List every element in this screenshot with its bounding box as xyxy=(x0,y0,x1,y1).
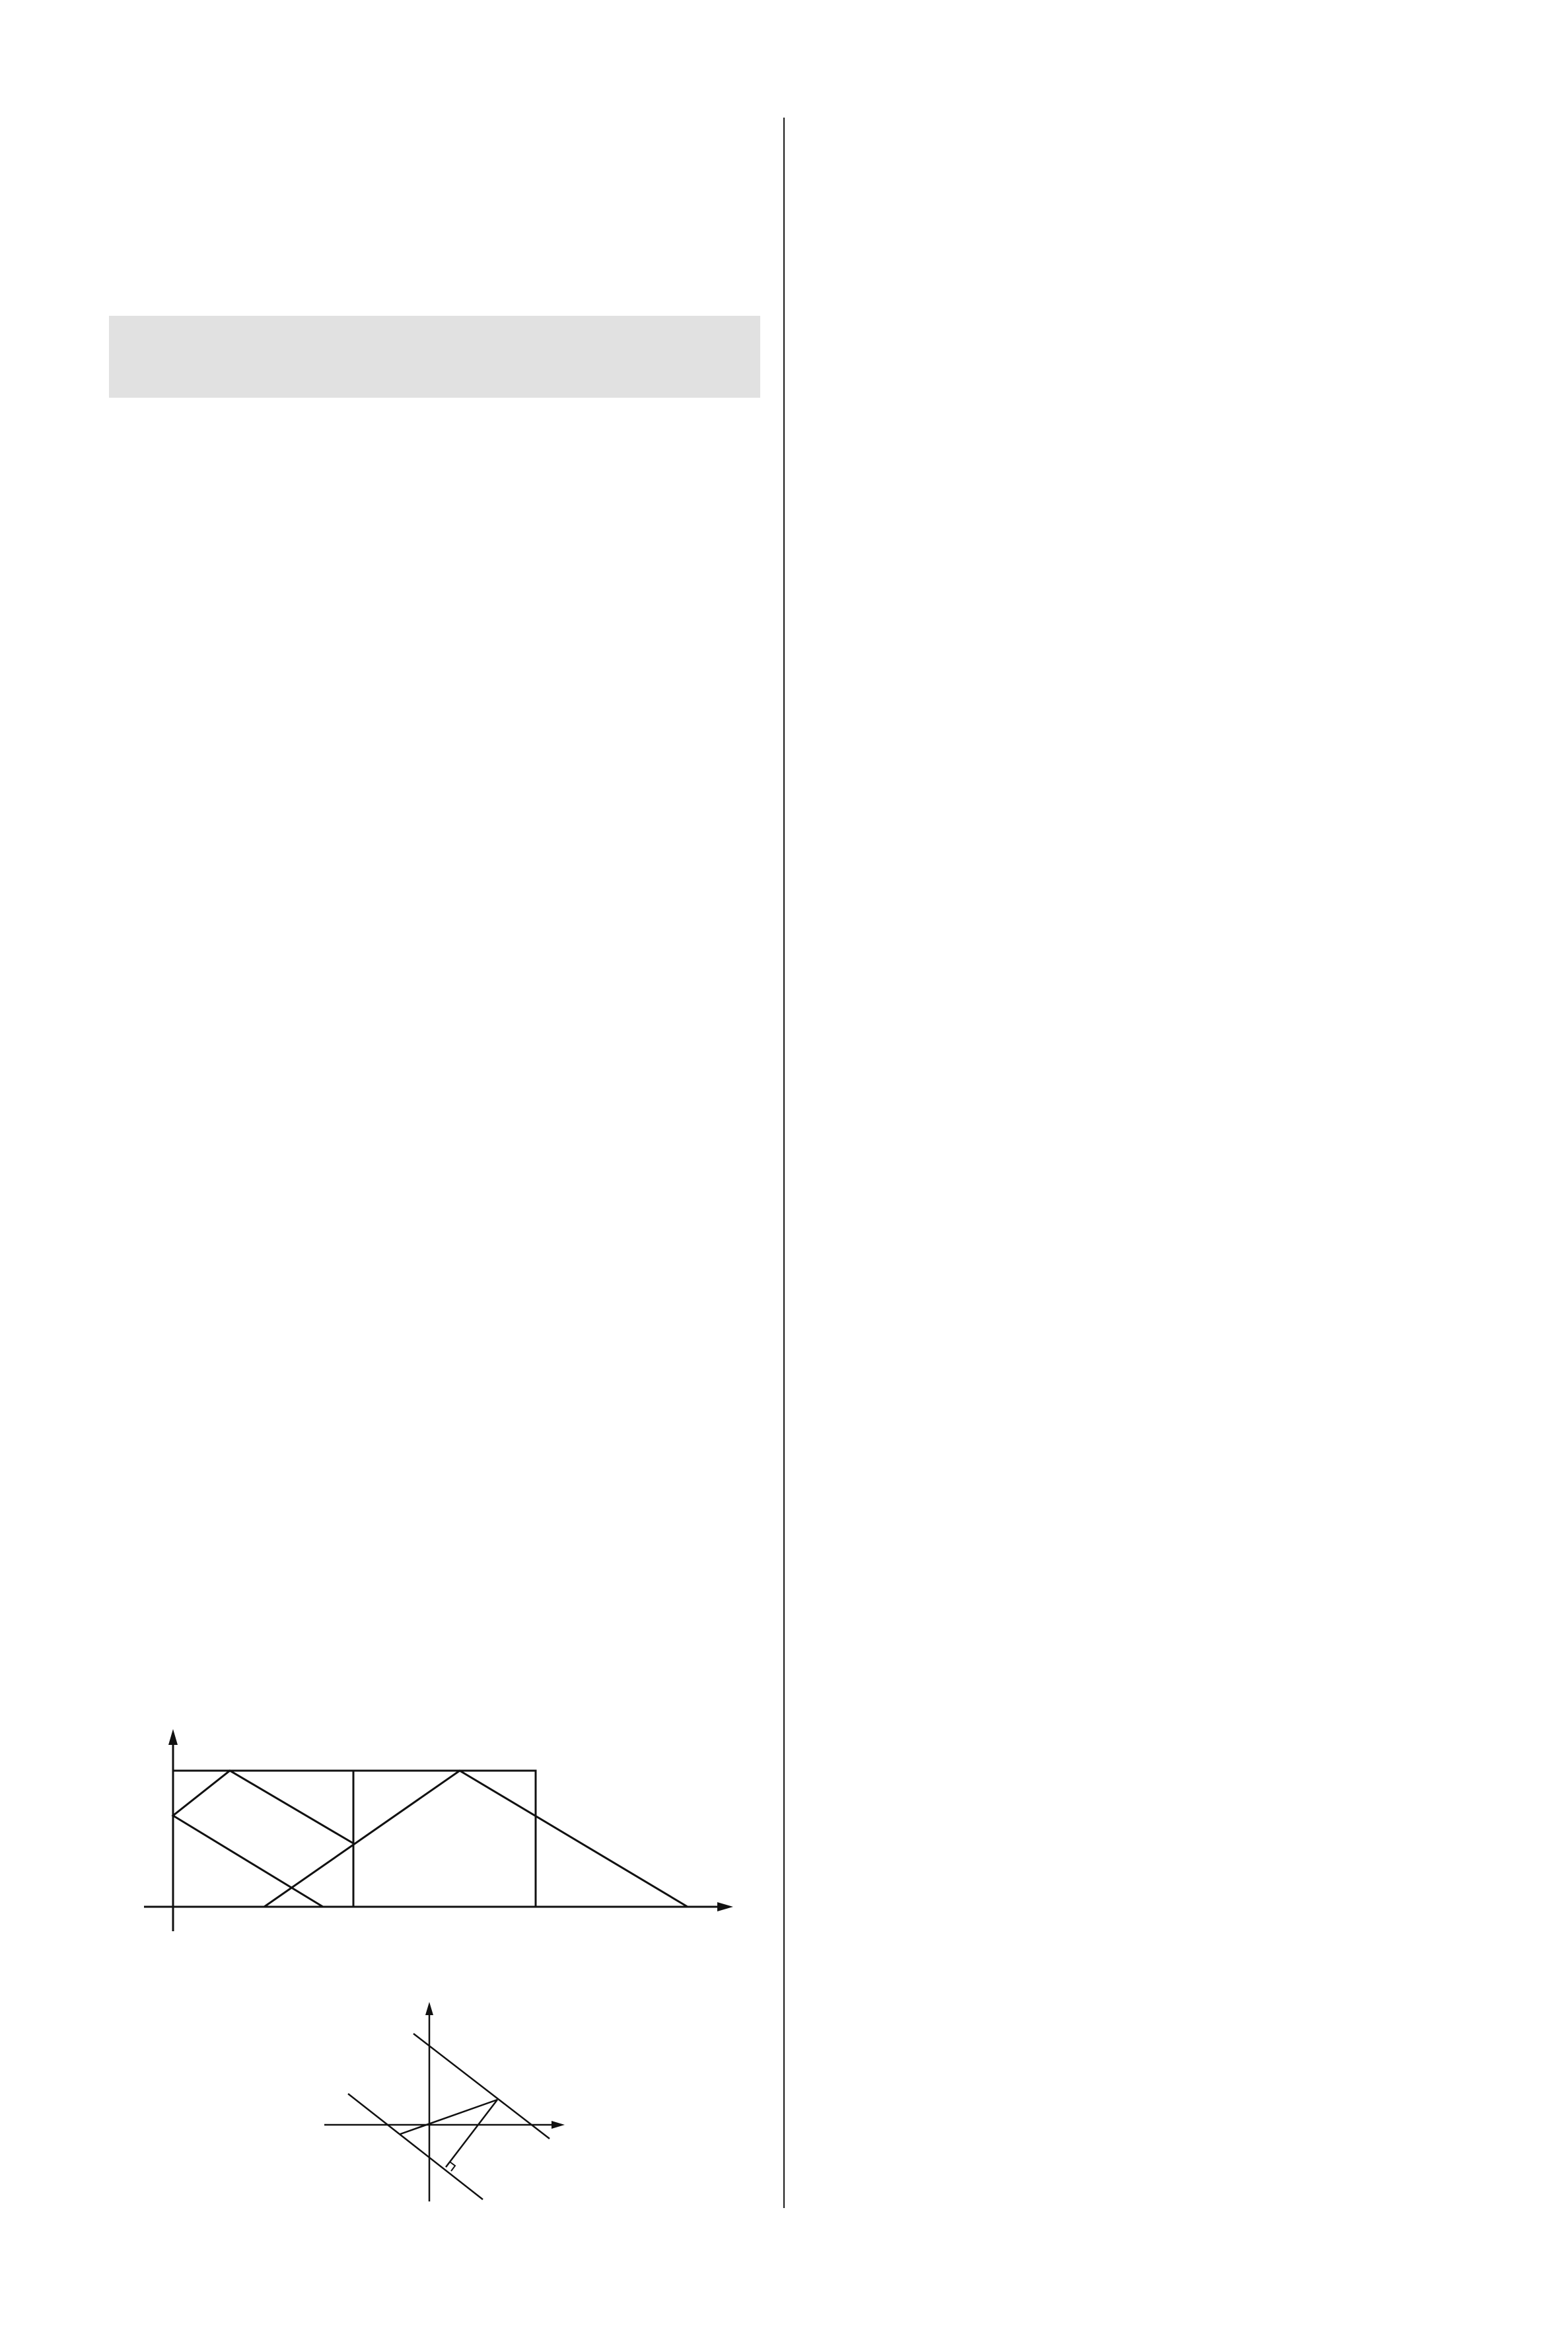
right-column xyxy=(0,0,1568,2325)
textbook-answer-page xyxy=(0,0,1568,2325)
page-number xyxy=(685,2226,883,2255)
